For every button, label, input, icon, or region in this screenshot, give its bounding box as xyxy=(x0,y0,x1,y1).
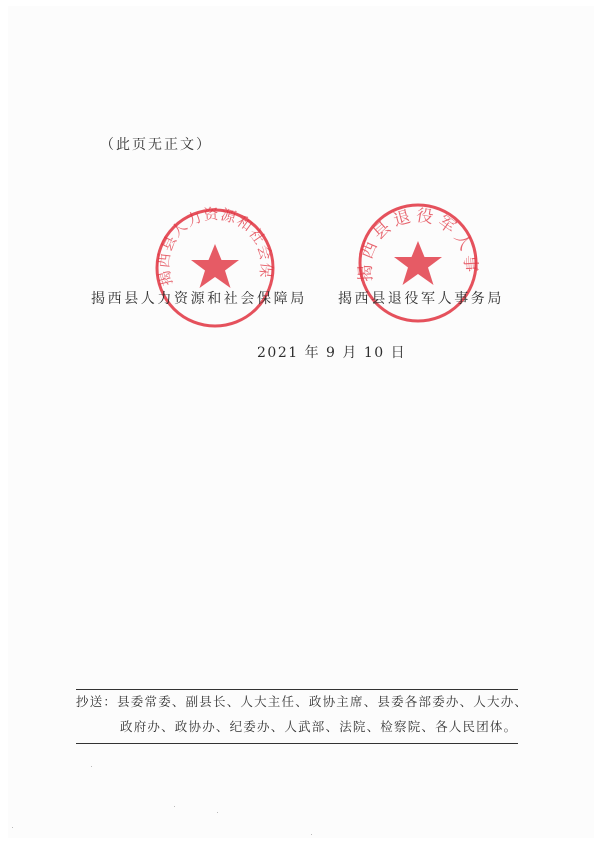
no-body-note: （此页无正文） xyxy=(100,134,212,154)
scan-speck xyxy=(311,834,312,835)
cc-label: 抄送： xyxy=(76,694,117,709)
official-seal-hrss: 揭西县人力资源和社会保障局 xyxy=(153,206,277,330)
star-icon xyxy=(394,241,442,285)
seal-graphic: 揭西县人力资源和社会保障局 xyxy=(153,206,277,330)
scan-speck xyxy=(174,806,175,807)
issuer-name-veterans: 揭西县退役军人事务局 xyxy=(338,288,504,308)
cc-recipients-1: 县委常委、副县长、人大主任、政协主席、县委各部委办、人大办、 xyxy=(117,694,528,709)
cc-line-1: 抄送：县委常委、副县长、人大主任、政协主席、县委各部委办、人大办、 xyxy=(76,691,518,713)
cc-top-rule xyxy=(76,689,518,690)
scan-speck xyxy=(91,766,92,767)
issue-date: 2021 年 9 月 10 日 xyxy=(257,342,406,362)
cc-line-2: 政府办、政协办、纪委办、人武部、法院、检察院、各人民团体。 xyxy=(76,716,518,738)
cc-section: 抄送：县委常委、副县长、人大主任、政协主席、县委各部委办、人大办、 政府办、政协… xyxy=(76,689,518,744)
scan-speck xyxy=(217,812,218,813)
scan-speck xyxy=(12,827,13,828)
cc-bottom-rule xyxy=(76,743,518,744)
cc-recipients-2: 政府办、政协办、纪委办、人武部、法院、检察院、各人民团体。 xyxy=(120,719,517,734)
star-icon xyxy=(191,244,239,288)
issuer-name-hrss: 揭西县人力资源和社会保障局 xyxy=(91,288,307,308)
